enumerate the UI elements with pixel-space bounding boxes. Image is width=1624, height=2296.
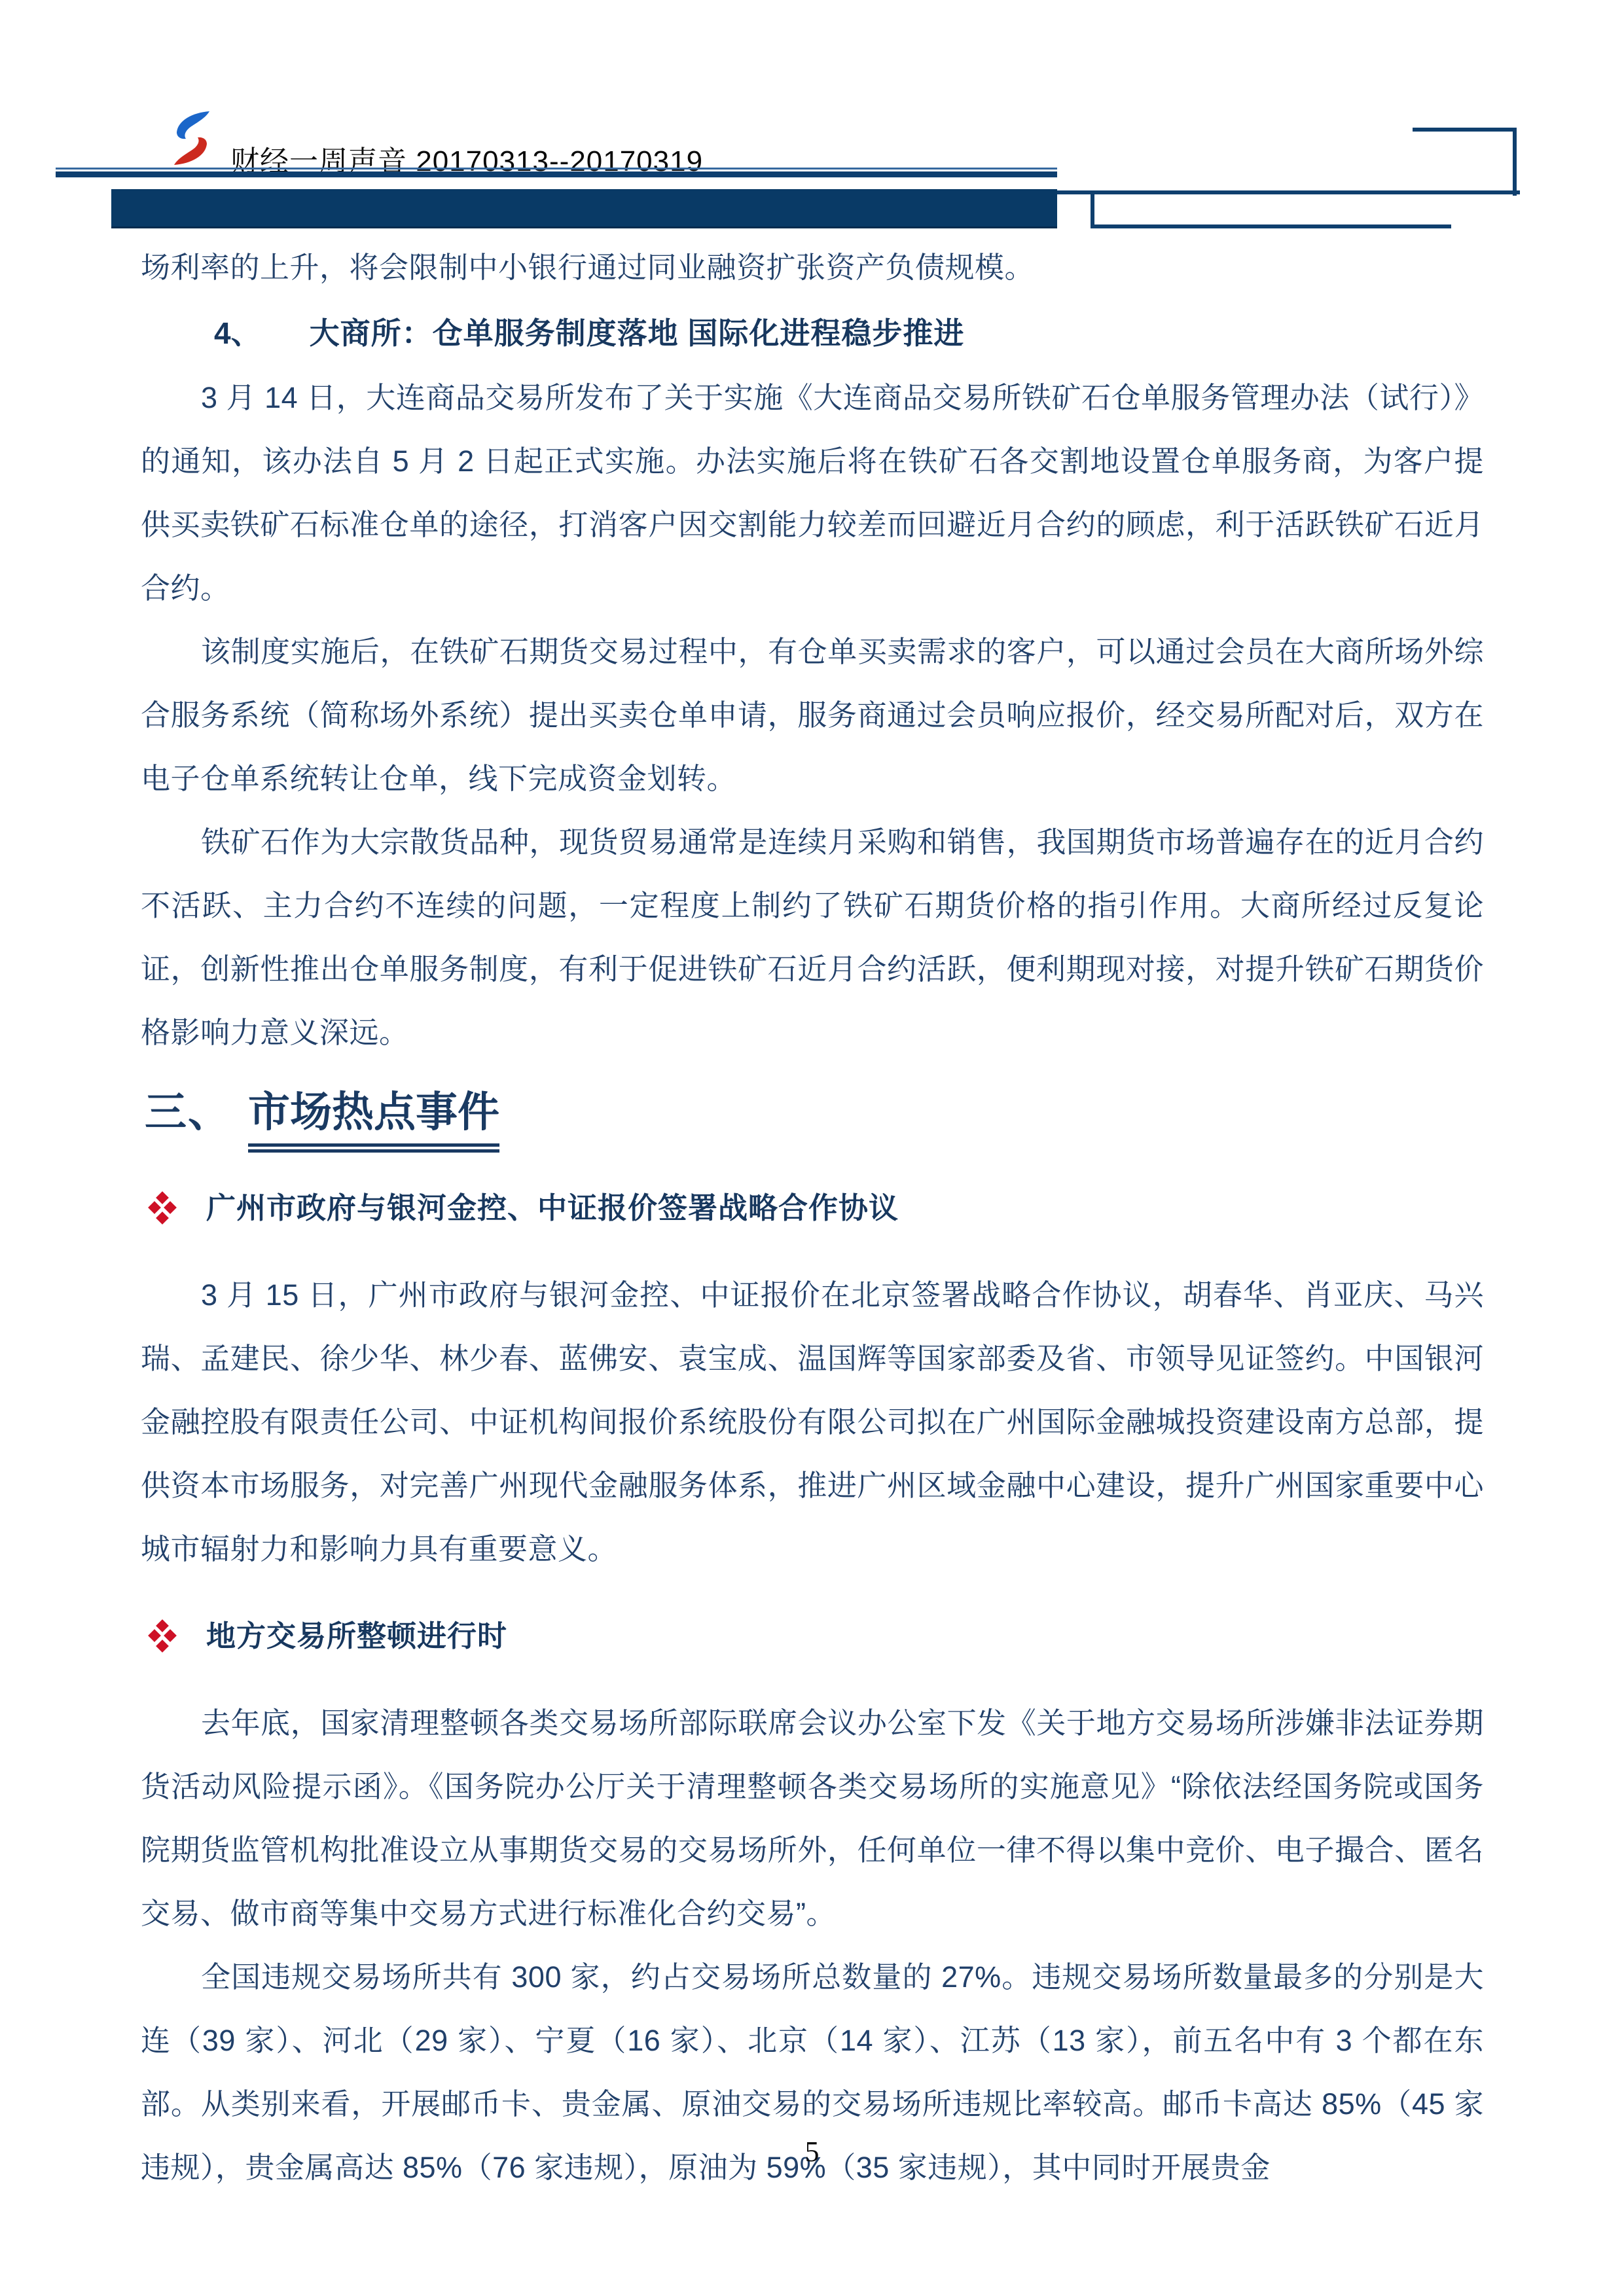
section-number: 三、: [145, 1083, 231, 1141]
red-diamond-bullet-icon: [150, 1621, 175, 1651]
subsection-heading-4: 4、 大商所：仓单服务制度落地 国际化进程稳步推进: [141, 300, 1484, 366]
paragraph: 3 月 14 日，大连商品交易所发布了关于实施《大连商品交易所铁矿石仓单服务管理…: [141, 366, 1484, 620]
document-body: 场利率的上升，将会限制中小银行通过同业融资扩张资产负债规模。 4、 大商所：仓单…: [141, 236, 1484, 2199]
logo-red-swoosh: [174, 137, 207, 165]
bullet-title: 地方交易所整顿进行时: [206, 1604, 507, 1668]
bullet-title: 广州市政府与银河金控、中证报价签署战略合作协议: [206, 1176, 899, 1240]
paragraph: 铁矿石作为大宗散货品种，现货贸易通常是连续月采购和销售，我国期货市场普遍存在的近…: [141, 810, 1484, 1064]
subsection-number: 4、: [214, 300, 261, 366]
header-rule-line: [56, 168, 1057, 177]
paragraph-continuation: 场利率的上升，将会限制中小银行通过同业融资扩张资产负债规模。: [141, 236, 1484, 299]
section-title-underlined: 市场热点事件: [248, 1083, 499, 1153]
header-navy-bar: [111, 189, 1057, 228]
page-number: 5: [0, 2135, 1624, 2168]
brand-logo: [170, 110, 213, 166]
subsection-title: 大商所：仓单服务制度落地 国际化进程稳步推进: [310, 300, 965, 366]
bullet-heading: 地方交易所整顿进行时: [141, 1604, 1484, 1668]
section-heading-3: 三、 市场热点事件: [145, 1083, 1484, 1153]
decorative-box-top-right: [1413, 128, 1517, 196]
logo-blue-swoosh: [177, 111, 209, 139]
paragraph: 3 月 15 日，广州市政府与银河金控、中证报价在北京签署战略合作协议，胡春华、…: [141, 1263, 1484, 1581]
decorative-box-right: [1091, 194, 1451, 228]
paragraph: 去年底，国家清理整顿各类交易场所部际联席会议办公室下发《关于地方交易场所涉嫌非法…: [141, 1691, 1484, 1945]
bullet-heading: 广州市政府与银河金控、中证报价签署战略合作协议: [141, 1176, 1484, 1240]
paragraph: 该制度实施后，在铁矿石期货交易过程中，有仓单买卖需求的客户，可以通过会员在大商所…: [141, 620, 1484, 810]
red-diamond-bullet-icon: [150, 1193, 175, 1223]
